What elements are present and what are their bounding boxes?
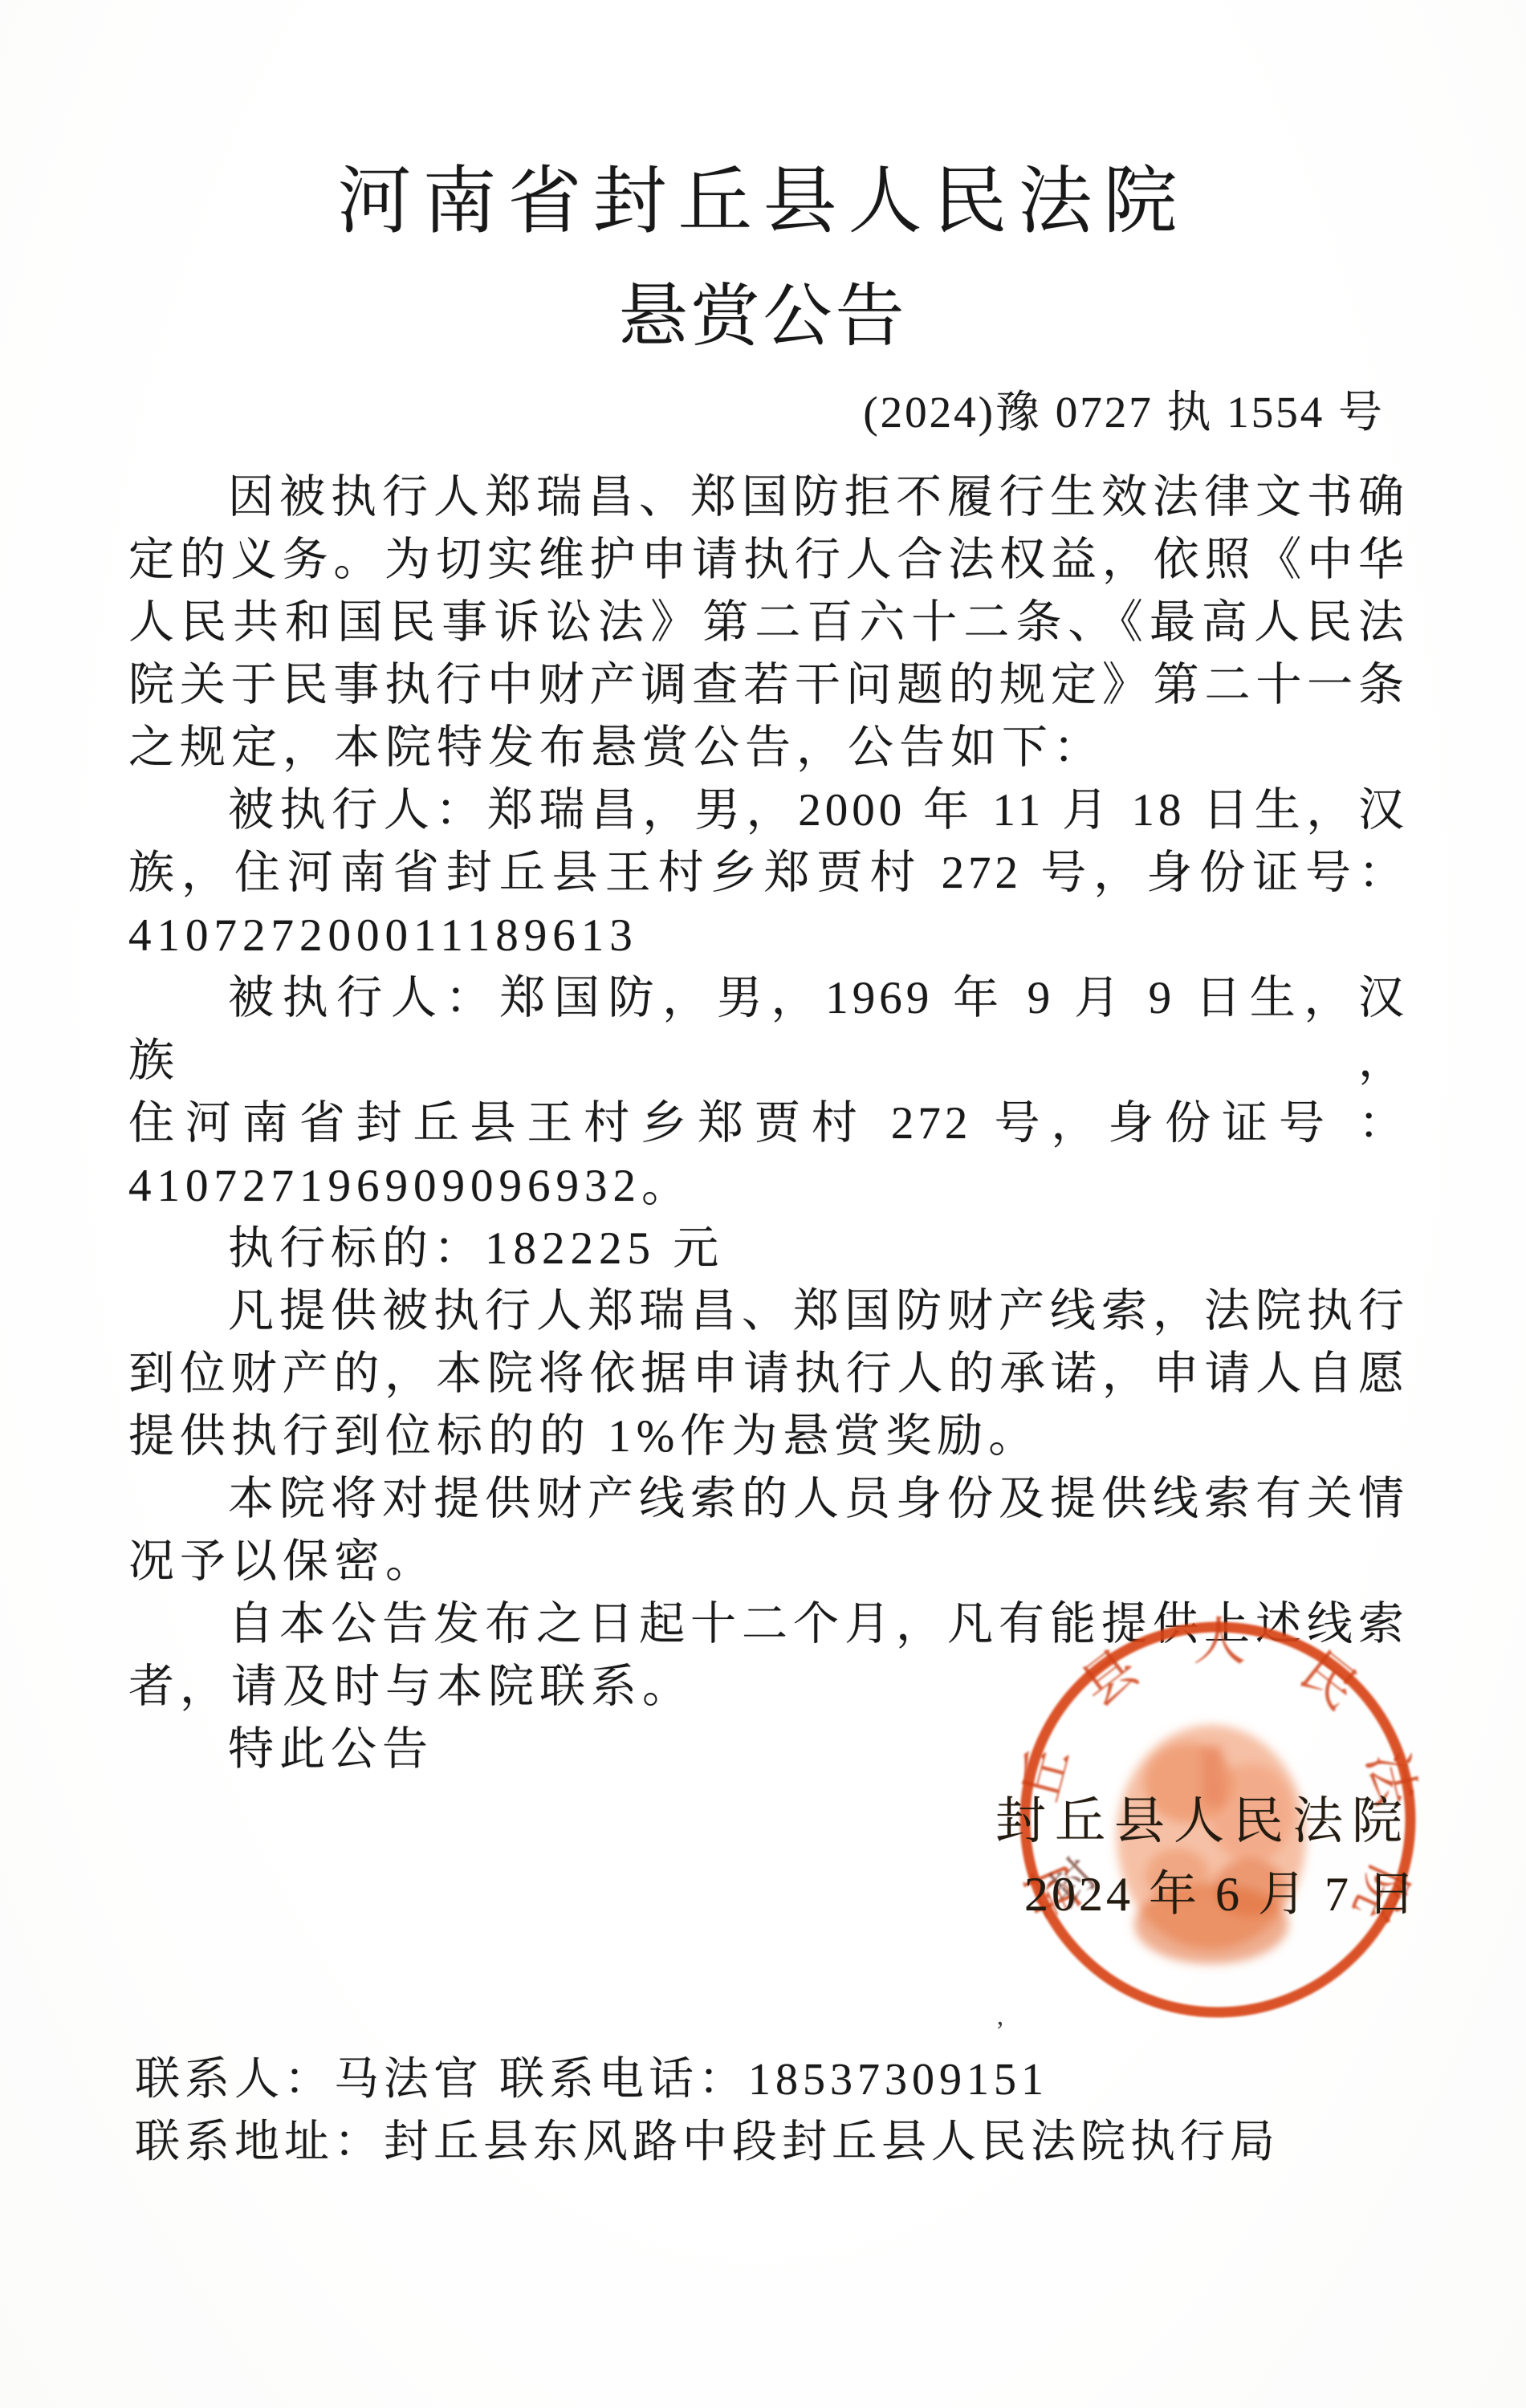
body-line: 住河南省封丘县王村乡郑贾村 272 号，身份证号 ： (128, 1092, 1408, 1155)
notice-title: 悬赏公告 (0, 275, 1526, 358)
body-line: 410727196909096932。 (128, 1155, 1408, 1218)
signature-court-name: 封丘县人民法院 (995, 1780, 1411, 1853)
body-line: 定的义务。为切实维护申请执行人合法权益，依照《中华 (128, 529, 1408, 592)
scan-speck: ’ (995, 2016, 1004, 2047)
scanned-court-notice-page: 河南省封丘县人民法院 悬赏公告 (2024)豫 0727 执 1554 号 因被… (0, 0, 1526, 2408)
court-name-title: 河南省封丘县人民法院 (0, 157, 1526, 246)
body-line: 况予以保密。 (128, 1531, 1408, 1593)
body-line: 之规定，本院特发布悬赏公告，公告如下： (128, 717, 1408, 779)
contact-address-line: 联系地址：封丘县东风路中段封丘县人民法院执行局 (135, 2111, 1280, 2174)
body-line: 因被执行人郑瑞昌、郑国防拒不履行生效法律文书确 (128, 466, 1408, 529)
body-line: 凡提供被执行人郑瑞昌、郑国防财产线索，法院执行 (128, 1280, 1408, 1343)
body-line: 到位财产的，本院将依据申请执行人的承诺，申请人自愿 (128, 1343, 1408, 1405)
body-line: 人民共和国民事诉讼法》第二百六十二条、《最高人民法 (128, 592, 1408, 654)
body-line: 410727200011189613 (128, 905, 1408, 967)
body-line: 执行标的：182225 元 (128, 1218, 1408, 1280)
contact-info: 联系人：马法官 联系电话：18537309151 联系地址：封丘县东风路中段封丘… (135, 2048, 1280, 2174)
contact-person-line: 联系人：马法官 联系电话：18537309151 (135, 2048, 1280, 2111)
body-line: 族，住河南省封丘县王村乡郑贾村 272 号，身份证号： (128, 842, 1408, 905)
body-line: 本院将对提供财产线索的人员身份及提供线索有关情 (128, 1468, 1408, 1531)
signature-date: 2024 年 6 月 7 日 (1024, 1856, 1418, 1925)
body-line: 被执行人：郑瑞昌，男，2000 年 11 月 18 日生，汉 (128, 779, 1408, 842)
case-number: (2024)豫 0727 执 1554 号 (863, 387, 1385, 438)
body-line: 提供执行到位标的的 1%作为悬赏奖励。 (128, 1405, 1408, 1468)
body-line: 被执行人：郑国防，男，1969 年 9 月 9 日生，汉族， (128, 967, 1408, 1092)
body-line: 院关于民事执行中财产调查若干问题的规定》第二十一条 (128, 654, 1408, 717)
notice-body: 因被执行人郑瑞昌、郑国防拒不履行生效法律文书确 定的义务。为切实维护申请执行人合… (128, 466, 1408, 1781)
